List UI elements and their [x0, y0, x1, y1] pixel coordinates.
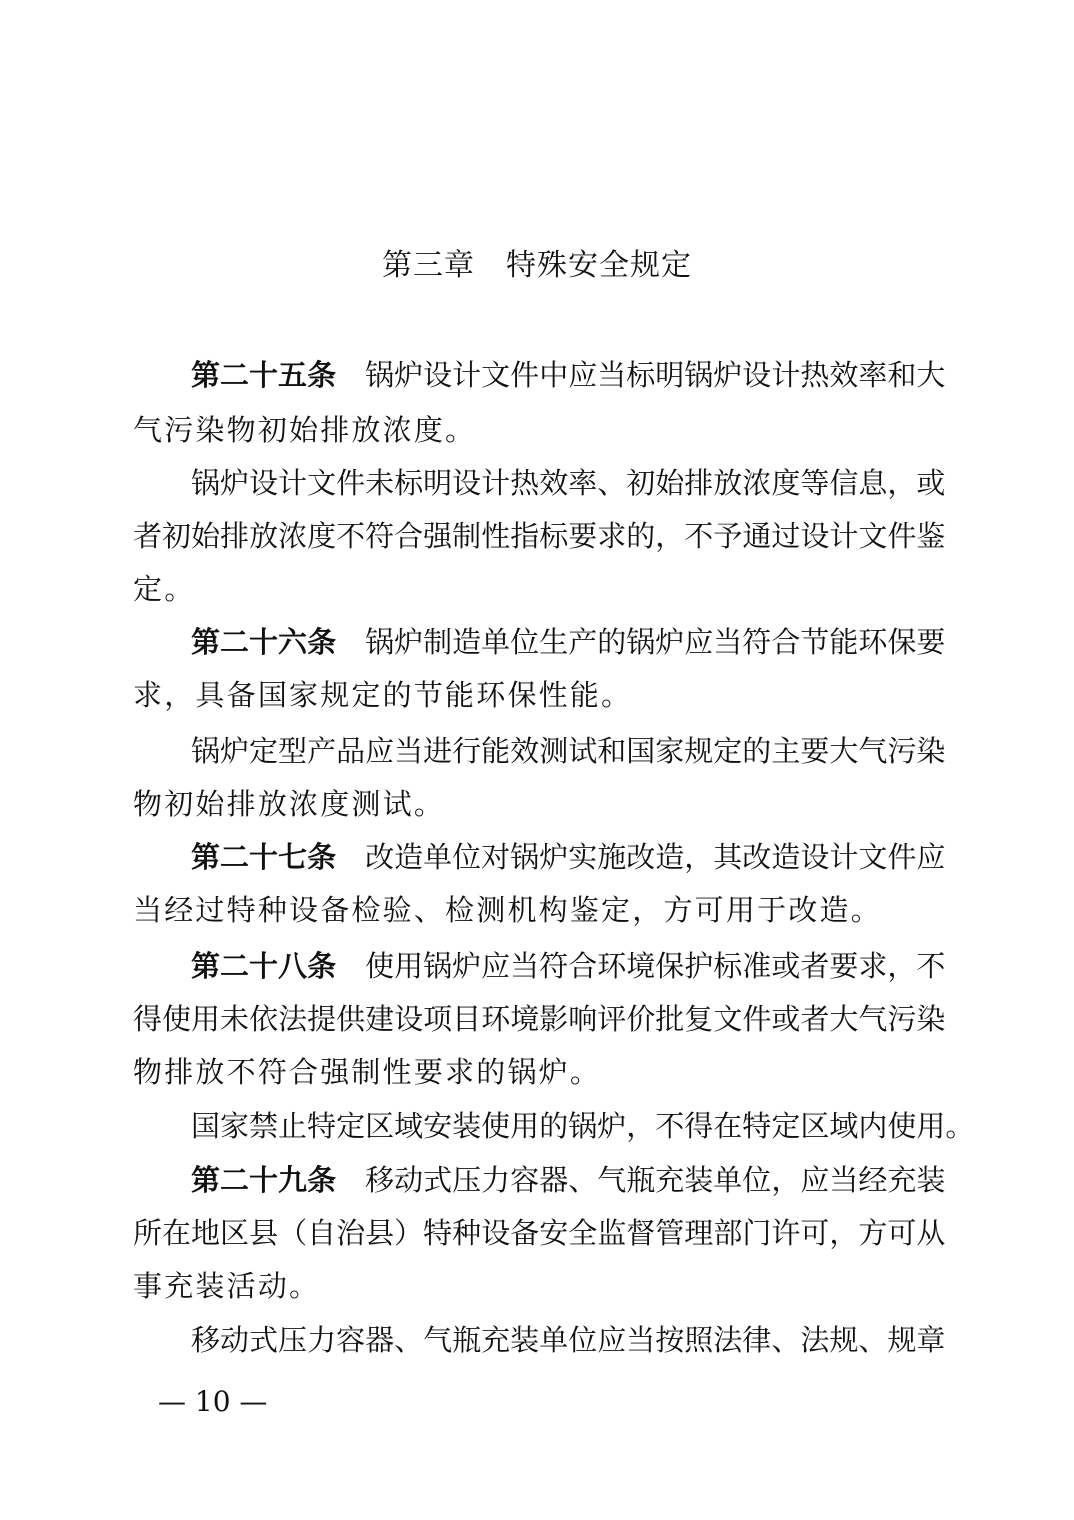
text-char: 当 — [713, 622, 742, 662]
text-char: 合 — [394, 516, 423, 556]
text-char: 炉 — [597, 1106, 626, 1146]
text-char: 气 — [858, 731, 887, 771]
text-char: 计 — [771, 355, 800, 395]
text-char: （ — [278, 1213, 307, 1253]
text-char: 在 — [162, 1213, 191, 1253]
text-char: 染 — [195, 410, 224, 450]
text-char: 定 — [351, 675, 380, 715]
article-number-char: 第 — [191, 1160, 220, 1200]
text-line: 所在地区县（自治县）特种设备安全监督管理部门许可，方可从 — [133, 1213, 945, 1253]
text-char: 文 — [858, 837, 887, 877]
text-char: 经 — [858, 1160, 887, 1200]
text-char: 效 — [510, 731, 539, 771]
text-char: 计 — [278, 463, 307, 503]
text-char: 验 — [383, 890, 412, 930]
text-char: 排 — [320, 410, 349, 450]
text-char: ） — [394, 1213, 423, 1253]
text-char: 单 — [423, 837, 452, 877]
text-char: 使 — [887, 1106, 916, 1146]
text-char: 设 — [249, 463, 278, 503]
text-char: 强 — [320, 1052, 349, 1092]
text-char: 、 — [414, 890, 443, 930]
text-char: 充 — [655, 1160, 684, 1200]
text-char: 改 — [742, 837, 771, 877]
text-char: 于 — [757, 890, 786, 930]
text-char: 复 — [684, 999, 713, 1039]
text-char: 件 — [887, 837, 916, 877]
text-char: 度 — [320, 784, 349, 824]
text-char: 应 — [365, 731, 394, 771]
text-char: 管 — [655, 1213, 684, 1253]
text-char — [336, 355, 365, 395]
text-char: 初 — [164, 784, 193, 824]
text-char: 定 — [713, 731, 742, 771]
text-char: 设 — [394, 999, 423, 1039]
text-char: ， — [164, 675, 193, 715]
text-char: 浓 — [289, 784, 318, 824]
text-char: 容 — [336, 1320, 365, 1360]
text-char: 规 — [684, 731, 713, 771]
text-char: 实 — [568, 837, 597, 877]
article-number-char: 十 — [249, 355, 278, 395]
article-number-char: 第 — [191, 622, 220, 662]
text-line: 当经过特种设备检验、检测机构鉴定，方可用于改造。 — [133, 890, 945, 930]
text-char: 和 — [887, 355, 916, 395]
text-char: 物 — [133, 1052, 162, 1092]
text-char: 定 — [249, 731, 278, 771]
text-char: 造 — [452, 622, 481, 662]
text-char: 产 — [307, 731, 336, 771]
text-char: 保 — [887, 622, 916, 662]
text-char: 计 — [829, 837, 858, 877]
text-char: 始 — [191, 516, 220, 556]
text-char: 者 — [800, 946, 829, 986]
text-char: ， — [632, 890, 661, 930]
text-char: 经 — [164, 890, 193, 930]
text-line: 第二十五条 锅炉设计文件中应当标明锅炉设计热效率和大 — [191, 355, 945, 395]
text-char: 染 — [916, 999, 945, 1039]
text-line: 事充装活动。 — [133, 1266, 945, 1306]
text-char: 能 — [481, 731, 510, 771]
text-char: 保 — [507, 675, 536, 715]
text-line: 锅炉设计文件未标明设计热效率、初始排放浓度等信息，或 — [191, 463, 945, 503]
article-number-char: 七 — [278, 837, 307, 877]
text-char: 锅 — [684, 355, 713, 395]
text-char: 特 — [423, 1213, 452, 1253]
text-char: 自 — [307, 1213, 336, 1253]
text-char: 要 — [414, 1052, 443, 1092]
text-char: 应 — [800, 1160, 829, 1200]
text-char: ， — [771, 1160, 800, 1200]
text-char: 予 — [713, 516, 742, 556]
text-char — [336, 622, 365, 662]
text-char: 用 — [510, 1106, 539, 1146]
text-char: 评 — [597, 999, 626, 1039]
text-char: 环 — [597, 946, 626, 986]
text-char: 炉 — [452, 946, 481, 986]
text-char: ， — [655, 516, 684, 556]
text-char: 始 — [195, 784, 224, 824]
text-char: 区 — [365, 1106, 394, 1146]
text-char: 等 — [800, 463, 829, 503]
text-char: 放 — [249, 516, 278, 556]
text-char: 始 — [655, 463, 684, 503]
text-char: 。 — [289, 1266, 318, 1306]
text-char: 当 — [829, 1160, 858, 1200]
text-char: 从 — [916, 1213, 945, 1253]
text-char: 动 — [258, 1266, 287, 1306]
text-char: 单 — [481, 622, 510, 662]
text-char: 或 — [771, 946, 800, 986]
article-number-char: 五 — [278, 355, 307, 395]
article-number-char: 第 — [191, 946, 220, 986]
text-char: 污 — [887, 731, 916, 771]
text-char: ， — [626, 1106, 655, 1146]
text-line: 第二十八条 使用锅炉应当符合环境保护标准或者要求，不 — [191, 946, 945, 986]
text-char: 禁 — [249, 1106, 278, 1146]
text-char: 制 — [452, 516, 481, 556]
text-char: 安 — [539, 1213, 568, 1253]
article-number-char: 二 — [220, 837, 249, 877]
text-char: 求 — [858, 946, 887, 986]
text-char: ， — [887, 463, 916, 503]
text-char: 定 — [133, 569, 162, 609]
text-char: 试 — [568, 731, 597, 771]
text-char: 备 — [510, 1213, 539, 1253]
text-char: 度 — [307, 516, 336, 556]
text-char: 测 — [476, 890, 505, 930]
text-char: 县 — [365, 1213, 394, 1253]
text-line: 物排放不符合强制性要求的锅炉。 — [133, 1052, 945, 1092]
text-char: 家 — [655, 731, 684, 771]
article-number-char: 十 — [249, 946, 278, 986]
text-char: 不 — [227, 1052, 256, 1092]
text-char: 供 — [336, 999, 365, 1039]
text-char: 用 — [394, 946, 423, 986]
text-char: 大 — [829, 731, 858, 771]
text-char: 瓶 — [452, 1320, 481, 1360]
text-char: 未 — [365, 463, 394, 503]
text-char: 当 — [394, 731, 423, 771]
text-char: 者 — [800, 999, 829, 1039]
text-char: 的 — [742, 731, 771, 771]
text-char: 率 — [568, 463, 597, 503]
text-char: 物 — [133, 784, 162, 824]
text-line: 得使用未依法提供建设项目环境影响评价批复文件或者大气污染 — [133, 999, 945, 1039]
text-char: 。 — [851, 890, 880, 930]
text-char: 治 — [336, 1213, 365, 1253]
text-line: 气污染物初始排放浓度。 — [133, 410, 945, 450]
text-char: 内 — [858, 1106, 887, 1146]
document-page: 第三章 特殊安全规定 第二十五条 锅炉设计文件中应当标明锅炉设计热效率和大气污染… — [0, 0, 1074, 1520]
text-char: 性 — [481, 516, 510, 556]
text-char: 指 — [510, 516, 539, 556]
text-char: 浓 — [383, 410, 412, 450]
article-number-char: 十 — [249, 837, 278, 877]
text-char: 改 — [626, 837, 655, 877]
text-char: 造 — [655, 837, 684, 877]
article-number-char: 九 — [278, 1160, 307, 1200]
text-char: 初 — [626, 463, 655, 503]
text-char: 家 — [220, 1106, 249, 1146]
text-char: 求 — [597, 516, 626, 556]
text-char: 明 — [423, 463, 452, 503]
text-char: 部 — [713, 1213, 742, 1253]
text-char: 县 — [249, 1213, 278, 1253]
text-char: 染 — [916, 731, 945, 771]
text-char: 锅 — [365, 355, 394, 395]
text-char: 区 — [220, 1213, 249, 1253]
text-char: 章 — [916, 1320, 945, 1360]
text-char: 要 — [829, 946, 858, 986]
text-char: 产 — [568, 622, 597, 662]
text-line: 第二十六条 锅炉制造单位生产的锅炉应当符合节能环保要 — [191, 622, 945, 662]
text-char: 标 — [539, 516, 568, 556]
text-char: 位 — [742, 1160, 771, 1200]
text-char: 设 — [742, 355, 771, 395]
text-char: 、 — [568, 1160, 597, 1200]
text-char: 当 — [133, 890, 162, 930]
text-char: 当 — [510, 946, 539, 986]
text-char: 符 — [539, 946, 568, 986]
text-char: 件 — [887, 516, 916, 556]
text-char: 气 — [858, 999, 887, 1039]
text-char: 浓 — [278, 516, 307, 556]
text-char: 使 — [365, 946, 394, 986]
text-char: 气 — [597, 1160, 626, 1200]
text-char: 设 — [800, 516, 829, 556]
text-char: 锅 — [423, 946, 452, 986]
text-char: 当 — [626, 1320, 655, 1360]
text-char: 国 — [191, 1106, 220, 1146]
text-char: 应 — [684, 622, 713, 662]
article-number-char: 十 — [249, 622, 278, 662]
text-char: ， — [684, 837, 713, 877]
text-char: 息 — [858, 463, 887, 503]
text-char: 建 — [365, 999, 394, 1039]
text-char: 项 — [423, 999, 452, 1039]
text-char: 。 — [414, 784, 443, 824]
text-line: 定。 — [133, 569, 945, 609]
text-char: 安 — [423, 1106, 452, 1146]
text-char: 门 — [742, 1213, 771, 1253]
text-char: 装 — [452, 1106, 481, 1146]
text-char: 锅 — [365, 622, 394, 662]
text-char: 计 — [829, 516, 858, 556]
text-char: 鉴 — [916, 516, 945, 556]
text-char: 炉 — [713, 355, 742, 395]
text-char: 初 — [162, 516, 191, 556]
text-char: 保 — [655, 946, 684, 986]
text-char: 备 — [320, 890, 349, 930]
text-char: 过 — [195, 890, 224, 930]
text-char: 通 — [742, 516, 771, 556]
text-char: 应 — [481, 946, 510, 986]
text-char: 充 — [887, 1160, 916, 1200]
text-char: 。 — [945, 1106, 974, 1146]
text-char: 当 — [597, 355, 626, 395]
text-char: 物 — [227, 410, 256, 450]
text-char: 充 — [164, 1266, 193, 1306]
text-char: 过 — [771, 516, 800, 556]
text-char: 污 — [887, 999, 916, 1039]
text-char: 能 — [570, 675, 599, 715]
text-char: 效 — [829, 355, 858, 395]
text-char: 的 — [383, 675, 412, 715]
text-char: 装 — [916, 1160, 945, 1200]
text-char: 性 — [383, 1052, 412, 1092]
text-char: 国 — [626, 731, 655, 771]
text-char: 构 — [539, 890, 568, 930]
text-char: 装 — [684, 1160, 713, 1200]
text-char: 境 — [626, 946, 655, 986]
text-char: 、 — [858, 1320, 887, 1360]
text-char: 定 — [771, 1106, 800, 1146]
text-char: 全 — [568, 1213, 597, 1253]
text-char: 压 — [452, 1160, 481, 1200]
text-char: 家 — [289, 675, 318, 715]
text-char: 效 — [539, 463, 568, 503]
text-char: 污 — [164, 410, 193, 450]
text-char: 可 — [800, 1213, 829, 1253]
text-char: 器 — [539, 1160, 568, 1200]
text-char: 度 — [414, 410, 443, 450]
text-char: 符 — [365, 516, 394, 556]
text-char: 制 — [423, 622, 452, 662]
text-char: 不 — [655, 1106, 684, 1146]
text-char: 方 — [858, 1213, 887, 1253]
text-char: 、 — [771, 1320, 800, 1360]
text-char: 强 — [423, 516, 452, 556]
text-char: 的 — [626, 516, 655, 556]
text-char: 不 — [336, 516, 365, 556]
text-char: 照 — [684, 1320, 713, 1360]
text-char: 或 — [916, 463, 945, 503]
article-number-char: 十 — [249, 1160, 278, 1200]
text-char: 域 — [829, 1106, 858, 1146]
text-char: 生 — [539, 622, 568, 662]
text-char: 应 — [597, 1320, 626, 1360]
text-char: 器 — [365, 1320, 394, 1360]
text-char: 标 — [394, 463, 423, 503]
text-char: 。 — [570, 1052, 599, 1092]
article-number-char: 条 — [307, 946, 336, 986]
text-char: 位 — [568, 1320, 597, 1360]
article-number-char: 条 — [307, 837, 336, 877]
text-char: 计 — [481, 463, 510, 503]
text-char: 主 — [771, 731, 800, 771]
text-line: 第二十九条 移动式压力容器、气瓶充装单位，应当经充装 — [191, 1160, 945, 1200]
text-char: 未 — [220, 999, 249, 1039]
text-char: 炉 — [539, 837, 568, 877]
text-char: 求 — [445, 1052, 474, 1092]
text-char: 放 — [351, 410, 380, 450]
text-char: 气 — [133, 410, 162, 450]
text-char: 要 — [800, 731, 829, 771]
text-char: 炉 — [655, 622, 684, 662]
article-number-char: 条 — [307, 622, 336, 662]
text-char: 、 — [597, 463, 626, 503]
text-char: 件 — [510, 355, 539, 395]
text-char: 动 — [220, 1320, 249, 1360]
text-char: 机 — [507, 890, 536, 930]
text-char: 符 — [258, 1052, 287, 1092]
text-char: 性 — [539, 675, 568, 715]
text-char: 检 — [351, 890, 380, 930]
text-char: 大 — [916, 355, 945, 395]
text-char: 式 — [423, 1160, 452, 1200]
text-char: 环 — [476, 675, 505, 715]
chapter-title: 第三章 特殊安全规定 — [0, 246, 1074, 286]
text-line: 者初始排放浓度不符合强制性指标要求的，不予通过设计文件鉴 — [133, 516, 945, 556]
text-char: 式 — [249, 1320, 278, 1360]
text-char: 造 — [819, 890, 848, 930]
text-char: 节 — [414, 675, 443, 715]
text-char: 标 — [626, 355, 655, 395]
text-char: 定 — [601, 890, 630, 930]
text-char: 影 — [539, 999, 568, 1039]
article-number-char: 条 — [307, 355, 336, 395]
text-char: 能 — [829, 622, 858, 662]
text-char: 标 — [713, 946, 742, 986]
text-char: 制 — [351, 1052, 380, 1092]
text-char: 特 — [742, 1106, 771, 1146]
text-char: 设 — [800, 837, 829, 877]
text-char: 国 — [258, 675, 287, 715]
text-char: 使 — [162, 999, 191, 1039]
text-char: 止 — [278, 1106, 307, 1146]
text-char: 装 — [510, 1320, 539, 1360]
text-char: 在 — [713, 1106, 742, 1146]
text-char: 。 — [445, 410, 474, 450]
text-char: 应 — [568, 355, 597, 395]
text-char: 环 — [481, 999, 510, 1039]
text-char: 不 — [916, 946, 945, 986]
text-char: 锅 — [510, 837, 539, 877]
text-char: 合 — [568, 946, 597, 986]
text-char: 、 — [394, 1320, 423, 1360]
text-char: 对 — [481, 837, 510, 877]
text-char: 备 — [227, 675, 256, 715]
text-char: 督 — [626, 1213, 655, 1253]
text-char: 区 — [800, 1106, 829, 1146]
text-char: 文 — [307, 463, 336, 503]
text-char: 可 — [695, 890, 724, 930]
text-char: 要 — [916, 622, 945, 662]
text-char: 批 — [655, 999, 684, 1039]
text-char: 设 — [423, 355, 452, 395]
text-char: 试 — [383, 784, 412, 824]
text-char: 地 — [191, 1213, 220, 1253]
text-char: 得 — [133, 999, 162, 1039]
text-char: 种 — [452, 1213, 481, 1253]
text-char: 规 — [887, 1320, 916, 1360]
text-char: 依 — [249, 999, 278, 1039]
text-char: 定 — [336, 1106, 365, 1146]
text-char: 中 — [539, 355, 568, 395]
page-number: — 10 — — [158, 1384, 267, 1420]
text-char: 单 — [539, 1320, 568, 1360]
text-char: 排 — [684, 463, 713, 503]
text-char: 护 — [684, 946, 713, 986]
text-char: 率 — [858, 355, 887, 395]
text-char: 放 — [713, 463, 742, 503]
text-char: 放 — [195, 1052, 224, 1092]
article-number-char: 二 — [220, 946, 249, 986]
text-char: 合 — [289, 1052, 318, 1092]
text-char: 改 — [365, 837, 394, 877]
text-char: 测 — [539, 731, 568, 771]
